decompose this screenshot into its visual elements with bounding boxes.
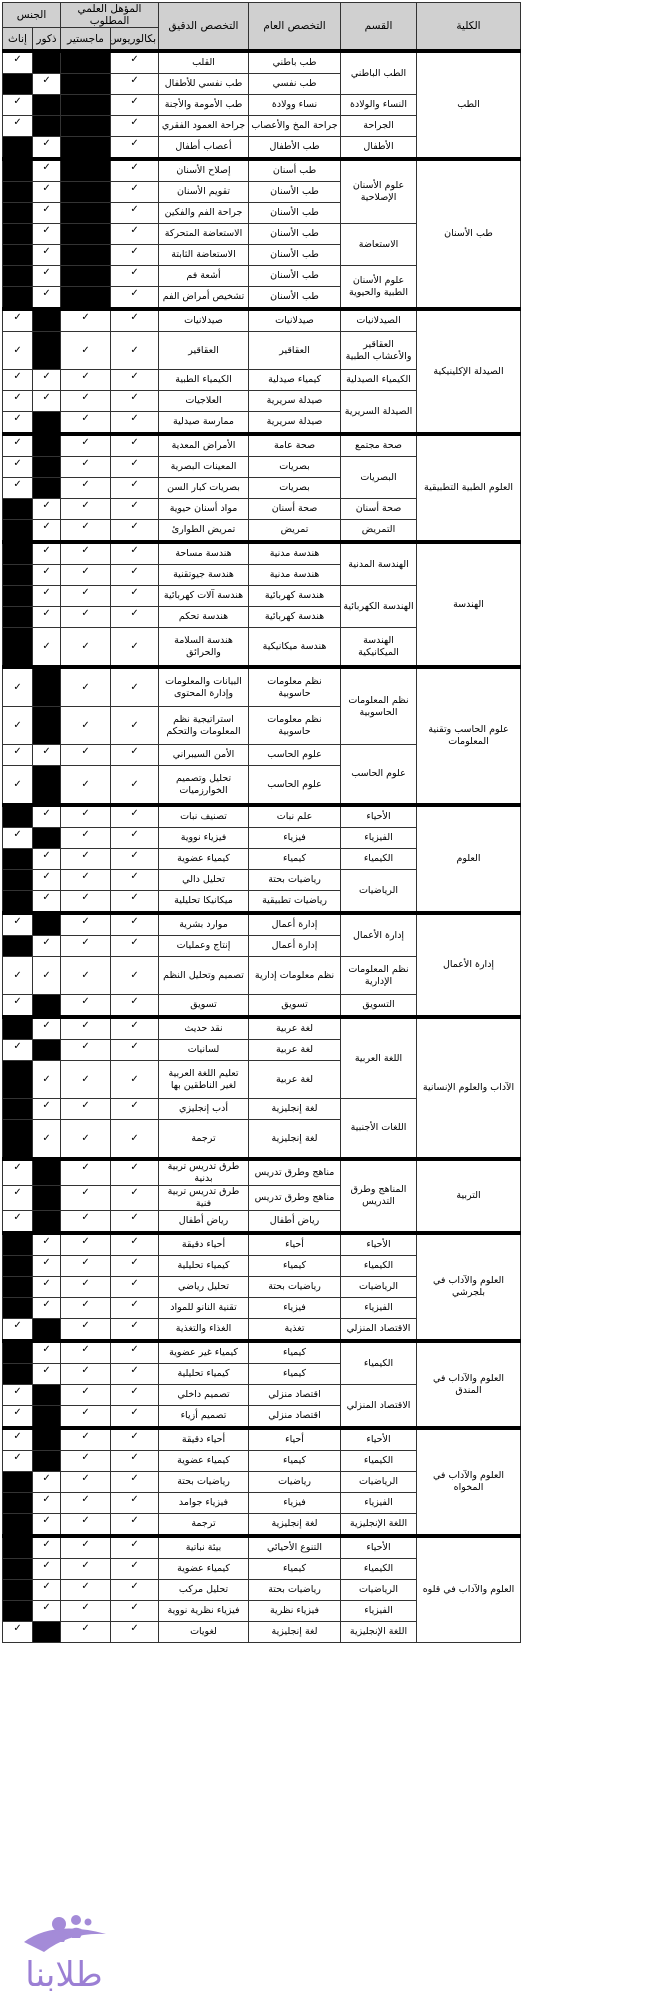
svg-text:طلابنا: طلابنا xyxy=(25,1955,102,1992)
talabna-logo-watermark: طلابنا xyxy=(14,1912,114,1992)
bachelor-check-icon: ✓ xyxy=(111,1536,159,1559)
bachelor-check-icon: ✓ xyxy=(111,565,159,586)
general-major-cell: كيمياء xyxy=(249,1451,341,1472)
master-check-icon: ✓ xyxy=(61,457,111,478)
female-check-icon: ✓ xyxy=(3,434,33,457)
male-blocked-cell xyxy=(33,1211,61,1234)
male-check-icon: ✓ xyxy=(33,1341,61,1364)
male-check-icon: ✓ xyxy=(33,1256,61,1277)
master-check-icon: ✓ xyxy=(61,586,111,607)
general-major-cell: نساء وولادة xyxy=(249,95,341,116)
specific-major-cell: طب الأمومة والأجنة xyxy=(159,95,249,116)
table-row: العلومالأحياءعلم نباتتصنيف نبات✓✓✓ xyxy=(3,805,521,828)
bachelor-check-icon: ✓ xyxy=(111,224,159,245)
bachelor-check-icon: ✓ xyxy=(111,434,159,457)
general-major-cell: مناهج وطرق تدريس xyxy=(249,1186,341,1211)
department-cell: الصيدلانيات xyxy=(341,309,417,332)
master-blocked-cell xyxy=(61,203,111,224)
male-check-icon: ✓ xyxy=(33,607,61,628)
specific-major-cell: العقاقير xyxy=(159,332,249,370)
female-blocked-cell xyxy=(3,565,33,586)
male-check-icon: ✓ xyxy=(33,1493,61,1514)
master-check-icon: ✓ xyxy=(61,1159,111,1186)
general-major-cell: لغة إنجليزية xyxy=(249,1120,341,1160)
general-major-cell: تغذية xyxy=(249,1319,341,1342)
specific-major-cell: تمريض الطوارئ xyxy=(159,520,249,543)
bachelor-check-icon: ✓ xyxy=(111,1364,159,1385)
department-cell: الأحياء xyxy=(341,1233,417,1256)
master-check-icon: ✓ xyxy=(61,1341,111,1364)
master-check-icon: ✓ xyxy=(61,1211,111,1234)
general-major-cell: تمريض xyxy=(249,520,341,543)
specific-major-cell: لسانيات xyxy=(159,1040,249,1061)
department-cell: صحة مجتمع xyxy=(341,434,417,457)
male-blocked-cell xyxy=(33,1406,61,1429)
general-major-cell: فيزياء xyxy=(249,828,341,849)
specific-major-cell: رياضيات بحتة xyxy=(159,1472,249,1493)
female-check-icon: ✓ xyxy=(3,1451,33,1472)
bachelor-check-icon: ✓ xyxy=(111,520,159,543)
bachelor-check-icon: ✓ xyxy=(111,849,159,870)
male-blocked-cell xyxy=(33,667,61,707)
male-check-icon: ✓ xyxy=(33,565,61,586)
specific-major-cell: تصميم داخلي xyxy=(159,1385,249,1406)
male-blocked-cell xyxy=(33,332,61,370)
female-blocked-cell xyxy=(3,542,33,565)
female-check-icon: ✓ xyxy=(3,995,33,1018)
bachelor-check-icon: ✓ xyxy=(111,1298,159,1319)
bachelor-check-icon: ✓ xyxy=(111,137,159,160)
female-blocked-cell xyxy=(3,1099,33,1120)
general-major-cell: أحياء xyxy=(249,1428,341,1451)
male-blocked-cell xyxy=(33,995,61,1018)
master-check-icon: ✓ xyxy=(61,1451,111,1472)
department-cell: الاقتصاد المنزلي xyxy=(341,1385,417,1429)
bachelor-check-icon: ✓ xyxy=(111,1159,159,1186)
master-check-icon: ✓ xyxy=(61,667,111,707)
specific-major-cell: إصلاح الأسنان xyxy=(159,159,249,182)
female-blocked-cell xyxy=(3,1514,33,1537)
general-major-cell: طب الأطفال xyxy=(249,137,341,160)
female-blocked-cell xyxy=(3,287,33,310)
general-major-cell: فيزياء نظرية xyxy=(249,1601,341,1622)
general-major-cell: العقاقير xyxy=(249,332,341,370)
bachelor-check-icon: ✓ xyxy=(111,245,159,266)
bachelor-check-icon: ✓ xyxy=(111,51,159,74)
general-major-cell: اقتصاد منزلي xyxy=(249,1406,341,1429)
header-male: ذكور xyxy=(33,28,61,52)
general-major-cell: علم نبات xyxy=(249,805,341,828)
female-blocked-cell xyxy=(3,870,33,891)
header-specific-major: التخصص الدقيق xyxy=(159,3,249,52)
general-major-cell: طب أسنان xyxy=(249,159,341,182)
bachelor-check-icon: ✓ xyxy=(111,805,159,828)
master-check-icon: ✓ xyxy=(61,542,111,565)
female-blocked-cell xyxy=(3,1277,33,1298)
female-blocked-cell xyxy=(3,1256,33,1277)
female-blocked-cell xyxy=(3,805,33,828)
female-check-icon: ✓ xyxy=(3,1319,33,1342)
bachelor-check-icon: ✓ xyxy=(111,478,159,499)
department-cell: الأحياء xyxy=(341,1428,417,1451)
table-row: علوم الحاسب وتقنية المعلوماتنظم المعلوما… xyxy=(3,667,521,707)
bachelor-check-icon: ✓ xyxy=(111,1040,159,1061)
master-check-icon: ✓ xyxy=(61,1256,111,1277)
general-major-cell: تسويق xyxy=(249,995,341,1018)
general-major-cell: كيمياء xyxy=(249,1364,341,1385)
master-check-icon: ✓ xyxy=(61,499,111,520)
bachelor-check-icon: ✓ xyxy=(111,1493,159,1514)
general-major-cell: أحياء xyxy=(249,1233,341,1256)
master-check-icon: ✓ xyxy=(61,913,111,936)
female-blocked-cell xyxy=(3,137,33,160)
specific-major-cell: تحليل دالي xyxy=(159,870,249,891)
specific-major-cell: موارد بشرية xyxy=(159,913,249,936)
master-check-icon: ✓ xyxy=(61,936,111,957)
table-row: العلوم والآداب في قلوهالأحياءالتنوع الأح… xyxy=(3,1536,521,1559)
master-check-icon: ✓ xyxy=(61,870,111,891)
general-major-cell: نظم معلومات حاسوبية xyxy=(249,667,341,707)
male-check-icon: ✓ xyxy=(33,805,61,828)
bachelor-check-icon: ✓ xyxy=(111,1211,159,1234)
female-blocked-cell xyxy=(3,1601,33,1622)
master-check-icon: ✓ xyxy=(61,434,111,457)
bachelor-check-icon: ✓ xyxy=(111,159,159,182)
master-check-icon: ✓ xyxy=(61,520,111,543)
specific-major-cell: تحليل وتصميم الخوارزميات xyxy=(159,766,249,806)
female-blocked-cell xyxy=(3,203,33,224)
bachelor-check-icon: ✓ xyxy=(111,1233,159,1256)
specific-major-cell: الكيمياء الطبية xyxy=(159,370,249,391)
department-cell: الفيزياء xyxy=(341,1298,417,1319)
master-blocked-cell xyxy=(61,159,111,182)
general-major-cell: لغة إنجليزية xyxy=(249,1622,341,1643)
bachelor-check-icon: ✓ xyxy=(111,828,159,849)
bachelor-check-icon: ✓ xyxy=(111,182,159,203)
specific-major-cell: الاستعاضة الثابتة xyxy=(159,245,249,266)
bachelor-check-icon: ✓ xyxy=(111,287,159,310)
male-check-icon: ✓ xyxy=(33,137,61,160)
college-cell: العلوم الطبية التطبيقية xyxy=(417,434,521,542)
bachelor-check-icon: ✓ xyxy=(111,995,159,1018)
department-cell: الفيزياء xyxy=(341,1601,417,1622)
department-cell: الاستعاضة xyxy=(341,224,417,266)
male-check-icon: ✓ xyxy=(33,182,61,203)
specific-major-cell: تصميم وتحليل النظم xyxy=(159,957,249,995)
female-check-icon: ✓ xyxy=(3,667,33,707)
bachelor-check-icon: ✓ xyxy=(111,707,159,745)
general-major-cell: هندسة كهربائية xyxy=(249,586,341,607)
general-major-cell: طب الأسنان xyxy=(249,203,341,224)
female-check-icon: ✓ xyxy=(3,1406,33,1429)
female-check-icon: ✓ xyxy=(3,1186,33,1211)
master-check-icon: ✓ xyxy=(61,309,111,332)
department-cell: التمريض xyxy=(341,520,417,543)
specific-major-cell: صيدلانيات xyxy=(159,309,249,332)
department-cell: الهندسة الكهربائية xyxy=(341,586,417,628)
master-check-icon: ✓ xyxy=(61,1233,111,1256)
college-cell: طب الأسنان xyxy=(417,159,521,309)
specific-major-cell: العلاجيات xyxy=(159,391,249,412)
department-cell: علوم الحاسب xyxy=(341,745,417,806)
bachelor-check-icon: ✓ xyxy=(111,870,159,891)
bachelor-check-icon: ✓ xyxy=(111,1514,159,1537)
general-major-cell: علوم الحاسب xyxy=(249,745,341,766)
department-cell: اللغة العربية xyxy=(341,1017,417,1099)
male-check-icon: ✓ xyxy=(33,1514,61,1537)
male-check-icon: ✓ xyxy=(33,1061,61,1099)
bachelor-check-icon: ✓ xyxy=(111,1428,159,1451)
general-major-cell: علوم الحاسب xyxy=(249,766,341,806)
header-general-major: التخصص العام xyxy=(249,3,341,52)
department-cell: الكيمياء xyxy=(341,1451,417,1472)
master-check-icon: ✓ xyxy=(61,478,111,499)
male-check-icon: ✓ xyxy=(33,1277,61,1298)
specific-major-cell: تشخيص أمراض الفم xyxy=(159,287,249,310)
general-major-cell: كيمياء xyxy=(249,849,341,870)
table-header: الكلية القسم التخصص العام التخصص الدقيق … xyxy=(3,3,521,52)
general-major-cell: لغة عربية xyxy=(249,1040,341,1061)
bachelor-check-icon: ✓ xyxy=(111,1341,159,1364)
general-major-cell: صيدلة سريرية xyxy=(249,391,341,412)
male-check-icon: ✓ xyxy=(33,1472,61,1493)
bachelor-check-icon: ✓ xyxy=(111,74,159,95)
male-check-icon: ✓ xyxy=(33,391,61,412)
general-major-cell: كيمياء صيدلية xyxy=(249,370,341,391)
specific-major-cell: القلب xyxy=(159,51,249,74)
table-row: العلوم والآداب في بلجرشيالأحياءأحياءأحيا… xyxy=(3,1233,521,1256)
bachelor-check-icon: ✓ xyxy=(111,607,159,628)
college-cell: الصيدلة الإكلينيكية xyxy=(417,309,521,434)
header-gender: الجنس xyxy=(3,3,61,28)
table-row: طب الأسنانعلوم الأسنان الإصلاحيةطب أسنان… xyxy=(3,159,521,182)
department-cell: الطب الباطني xyxy=(341,51,417,95)
female-blocked-cell xyxy=(3,182,33,203)
master-check-icon: ✓ xyxy=(61,1385,111,1406)
college-cell: العلوم والآداب في قلوه xyxy=(417,1536,521,1643)
specific-major-cell: بيئة نباتية xyxy=(159,1536,249,1559)
female-check-icon: ✓ xyxy=(3,913,33,936)
bachelor-check-icon: ✓ xyxy=(111,745,159,766)
bachelor-check-icon: ✓ xyxy=(111,457,159,478)
department-cell: الكيمياء الصيدلية xyxy=(341,370,417,391)
department-cell: الاقتصاد المنزلي xyxy=(341,1319,417,1342)
department-cell: المناهج وطرق التدريس xyxy=(341,1159,417,1233)
male-check-icon: ✓ xyxy=(33,74,61,95)
bachelor-check-icon: ✓ xyxy=(111,412,159,435)
female-check-icon: ✓ xyxy=(3,457,33,478)
table-row: إدارة الأعمالإدارة الأعمالإدارة أعمالموا… xyxy=(3,913,521,936)
female-blocked-cell xyxy=(3,849,33,870)
male-check-icon: ✓ xyxy=(33,745,61,766)
general-major-cell: طب نفسي xyxy=(249,74,341,95)
female-check-icon: ✓ xyxy=(3,478,33,499)
bachelor-check-icon: ✓ xyxy=(111,332,159,370)
male-blocked-cell xyxy=(33,1385,61,1406)
master-blocked-cell xyxy=(61,95,111,116)
specific-major-cell: كيمياء عضوية xyxy=(159,849,249,870)
male-check-icon: ✓ xyxy=(33,1099,61,1120)
department-cell: الفيزياء xyxy=(341,1493,417,1514)
female-blocked-cell xyxy=(3,1364,33,1385)
specific-major-cell: فيزياء نووية xyxy=(159,828,249,849)
bachelor-check-icon: ✓ xyxy=(111,1319,159,1342)
general-major-cell: فيزياء xyxy=(249,1493,341,1514)
male-check-icon: ✓ xyxy=(33,520,61,543)
department-cell: العقاقير والأعشاب الطبية xyxy=(341,332,417,370)
master-check-icon: ✓ xyxy=(61,1493,111,1514)
department-cell: الكيمياء xyxy=(341,849,417,870)
specific-major-cell: هندسة مساحة xyxy=(159,542,249,565)
table-row: العلوم والآداب في المخواهالأحياءأحياءأحي… xyxy=(3,1428,521,1451)
master-check-icon: ✓ xyxy=(61,1099,111,1120)
general-major-cell: لغة عربية xyxy=(249,1061,341,1099)
male-check-icon: ✓ xyxy=(33,936,61,957)
department-cell: الأحياء xyxy=(341,805,417,828)
department-cell: الجراحة xyxy=(341,116,417,137)
majors-table-container: الكلية القسم التخصص العام التخصص الدقيق … xyxy=(2,2,520,1643)
master-check-icon: ✓ xyxy=(61,1319,111,1342)
bachelor-check-icon: ✓ xyxy=(111,766,159,806)
specific-major-cell: إنتاج وعمليات xyxy=(159,936,249,957)
specific-major-cell: أحياء دقيقة xyxy=(159,1233,249,1256)
male-check-icon: ✓ xyxy=(33,159,61,182)
bachelor-check-icon: ✓ xyxy=(111,1580,159,1601)
specific-major-cell: هندسة تحكم xyxy=(159,607,249,628)
general-major-cell: صحة عامة xyxy=(249,434,341,457)
male-check-icon: ✓ xyxy=(33,499,61,520)
male-check-icon: ✓ xyxy=(33,586,61,607)
specific-major-cell: طرق تدريس تربية فنية xyxy=(159,1186,249,1211)
bachelor-check-icon: ✓ xyxy=(111,936,159,957)
master-check-icon: ✓ xyxy=(61,1536,111,1559)
female-check-icon: ✓ xyxy=(3,309,33,332)
master-check-icon: ✓ xyxy=(61,1298,111,1319)
master-blocked-cell xyxy=(61,51,111,74)
specific-major-cell: تحليل رياضي xyxy=(159,1277,249,1298)
male-check-icon: ✓ xyxy=(33,1298,61,1319)
female-blocked-cell xyxy=(3,1298,33,1319)
male-check-icon: ✓ xyxy=(33,628,61,668)
female-check-icon: ✓ xyxy=(3,745,33,766)
department-cell: إدارة الأعمال xyxy=(341,913,417,957)
specific-major-cell: البيانات والمعلومات وإدارة المحتوى xyxy=(159,667,249,707)
female-blocked-cell xyxy=(3,1580,33,1601)
master-check-icon: ✓ xyxy=(61,745,111,766)
general-major-cell: كيمياء xyxy=(249,1341,341,1364)
department-cell: علوم الأسنان الطبية والحيوية xyxy=(341,266,417,310)
general-major-cell: لغة عربية xyxy=(249,1017,341,1040)
master-blocked-cell xyxy=(61,182,111,203)
department-cell: اللغة الإنجليزية xyxy=(341,1622,417,1643)
female-blocked-cell xyxy=(3,1341,33,1364)
general-major-cell: إدارة أعمال xyxy=(249,936,341,957)
bachelor-check-icon: ✓ xyxy=(111,116,159,137)
specific-major-cell: الأمراض المعدية xyxy=(159,434,249,457)
female-blocked-cell xyxy=(3,1536,33,1559)
male-blocked-cell xyxy=(33,95,61,116)
department-cell: اللغات الأجنبية xyxy=(341,1099,417,1160)
female-check-icon: ✓ xyxy=(3,766,33,806)
male-check-icon: ✓ xyxy=(33,1233,61,1256)
female-check-icon: ✓ xyxy=(3,412,33,435)
male-check-icon: ✓ xyxy=(33,1120,61,1160)
master-check-icon: ✓ xyxy=(61,1601,111,1622)
bachelor-check-icon: ✓ xyxy=(111,203,159,224)
master-check-icon: ✓ xyxy=(61,1186,111,1211)
bachelor-check-icon: ✓ xyxy=(111,309,159,332)
department-cell: الفيزياء xyxy=(341,828,417,849)
male-blocked-cell xyxy=(33,478,61,499)
department-cell: البصريات xyxy=(341,457,417,499)
general-major-cell: اقتصاد منزلي xyxy=(249,1385,341,1406)
general-major-cell: بصريات xyxy=(249,478,341,499)
master-check-icon: ✓ xyxy=(61,1559,111,1580)
department-cell: نظم المعلومات الحاسوبية xyxy=(341,667,417,745)
male-check-icon: ✓ xyxy=(33,1017,61,1040)
header-department: القسم xyxy=(341,3,417,52)
male-check-icon: ✓ xyxy=(33,849,61,870)
male-blocked-cell xyxy=(33,434,61,457)
college-cell: العلوم والآداب في المندق xyxy=(417,1341,521,1428)
male-check-icon: ✓ xyxy=(33,542,61,565)
department-cell: الصيدلة السريرية xyxy=(341,391,417,435)
master-check-icon: ✓ xyxy=(61,412,111,435)
master-check-icon: ✓ xyxy=(61,628,111,668)
specific-major-cell: تسويق xyxy=(159,995,249,1018)
specific-major-cell: ميكانيكا تحليلية xyxy=(159,891,249,914)
male-check-icon: ✓ xyxy=(33,1364,61,1385)
bachelor-check-icon: ✓ xyxy=(111,499,159,520)
table-row: الصيدلة الإكلينيكيةالصيدلانياتصيدلانياتص… xyxy=(3,309,521,332)
department-cell: نظم المعلومات الإدارية xyxy=(341,957,417,995)
female-check-icon: ✓ xyxy=(3,116,33,137)
college-cell: العلوم xyxy=(417,805,521,913)
male-blocked-cell xyxy=(33,913,61,936)
master-blocked-cell xyxy=(61,116,111,137)
specific-major-cell: أشعة فم xyxy=(159,266,249,287)
male-blocked-cell xyxy=(33,1428,61,1451)
male-blocked-cell xyxy=(33,1319,61,1342)
specific-major-cell: ترجمة xyxy=(159,1120,249,1160)
general-major-cell: رياضيات تطبيقية xyxy=(249,891,341,914)
master-check-icon: ✓ xyxy=(61,1120,111,1160)
male-check-icon: ✓ xyxy=(33,1601,61,1622)
master-check-icon: ✓ xyxy=(61,1061,111,1099)
specific-major-cell: كيمياء عضوية xyxy=(159,1559,249,1580)
female-blocked-cell xyxy=(3,1472,33,1493)
specific-major-cell: كيمياء غير عضوية xyxy=(159,1341,249,1364)
master-check-icon: ✓ xyxy=(61,707,111,745)
female-check-icon: ✓ xyxy=(3,51,33,74)
master-check-icon: ✓ xyxy=(61,1428,111,1451)
general-major-cell: مناهج وطرق تدريس xyxy=(249,1159,341,1186)
master-check-icon: ✓ xyxy=(61,995,111,1018)
specific-major-cell: كيمياء تحليلية xyxy=(159,1364,249,1385)
male-blocked-cell xyxy=(33,412,61,435)
general-major-cell: هندسة كهربائية xyxy=(249,607,341,628)
college-cell: العلوم والآداب في المخواه xyxy=(417,1428,521,1536)
female-blocked-cell xyxy=(3,628,33,668)
bachelor-check-icon: ✓ xyxy=(111,586,159,607)
general-major-cell: طب الأسنان xyxy=(249,182,341,203)
male-blocked-cell xyxy=(33,309,61,332)
department-cell: التسويق xyxy=(341,995,417,1018)
general-major-cell: إدارة أعمال xyxy=(249,913,341,936)
bachelor-check-icon: ✓ xyxy=(111,628,159,668)
table-row: التربيةالمناهج وطرق التدريسمناهج وطرق تد… xyxy=(3,1159,521,1186)
master-blocked-cell xyxy=(61,74,111,95)
